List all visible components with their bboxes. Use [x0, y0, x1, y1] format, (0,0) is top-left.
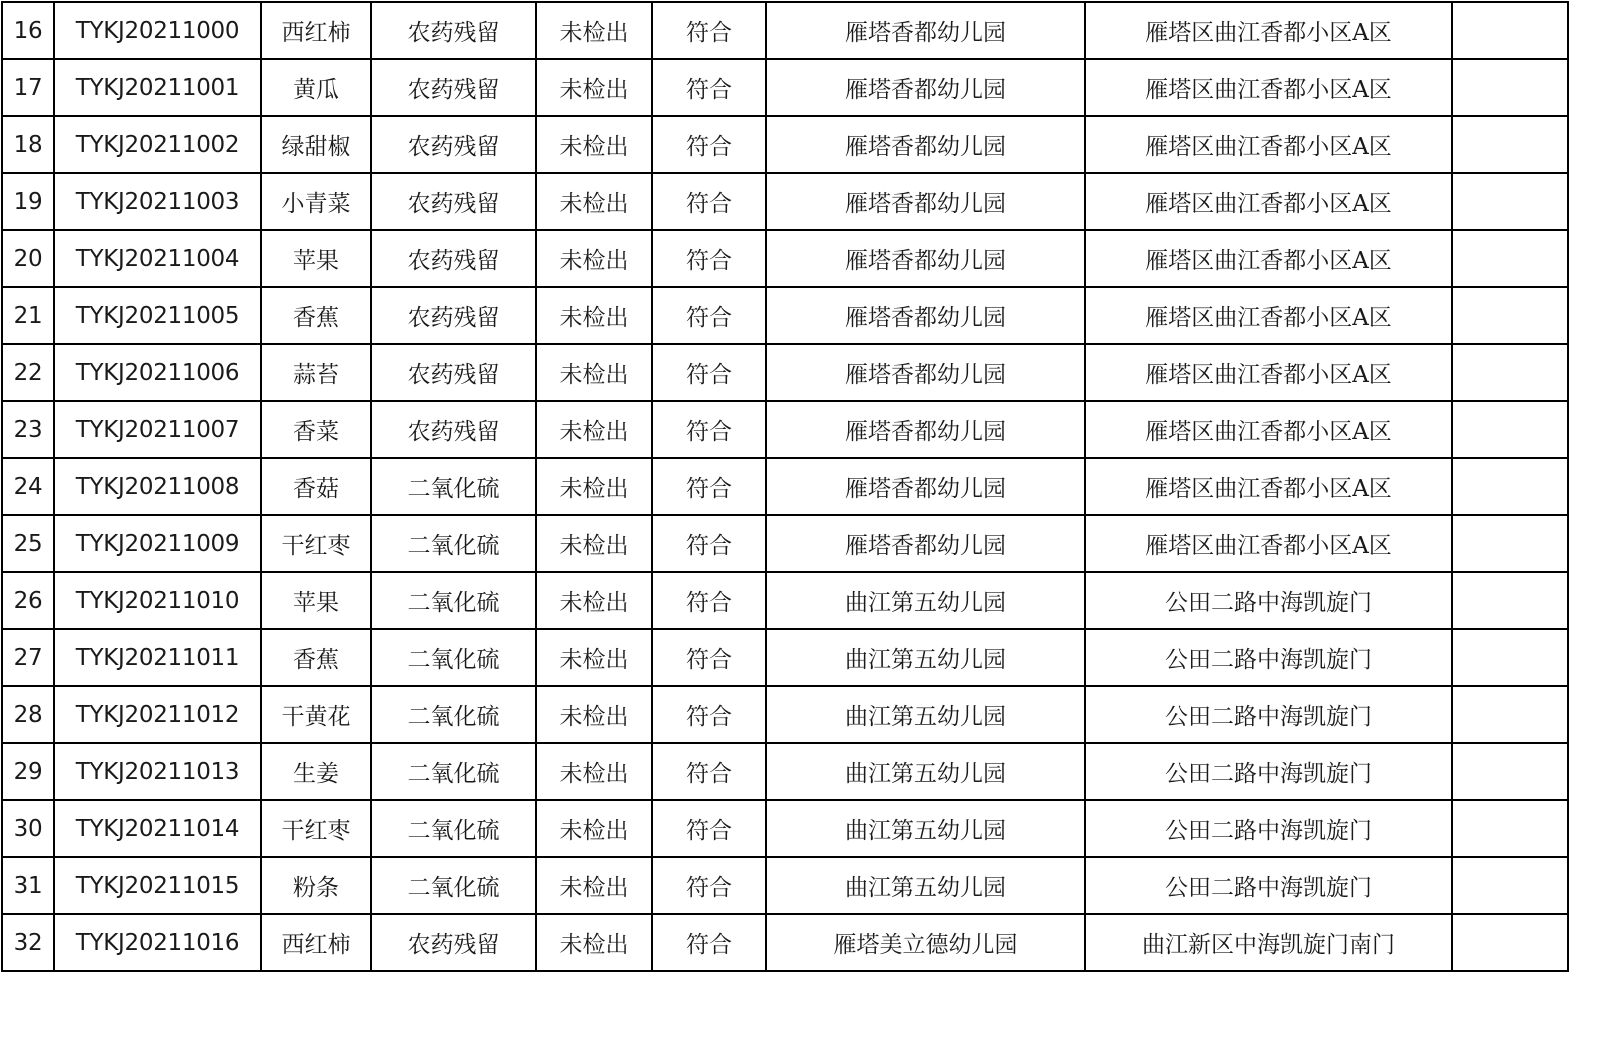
cell-test-result: 未检出	[536, 515, 652, 572]
cell-index: 19	[2, 173, 54, 230]
cell-address: 雁塔区曲江香都小区A区	[1085, 401, 1452, 458]
cell-verdict: 符合	[652, 515, 766, 572]
table-row: 32 TYKJ20211016 西红柿 农药残留 未检出 符合 雁塔美立德幼儿园…	[2, 914, 1568, 971]
cell-verdict: 符合	[652, 458, 766, 515]
cell-sample-code: TYKJ20211000	[54, 2, 261, 59]
cell-note	[1452, 686, 1568, 743]
cell-note	[1452, 344, 1568, 401]
cell-note	[1452, 914, 1568, 971]
cell-inspected-unit: 曲江第五幼儿园	[766, 629, 1085, 686]
cell-verdict: 符合	[652, 116, 766, 173]
cell-index: 23	[2, 401, 54, 458]
table-row: 22 TYKJ20211006 蒜苔 农药残留 未检出 符合 雁塔香都幼儿园 雁…	[2, 344, 1568, 401]
cell-test-result: 未检出	[536, 173, 652, 230]
cell-sample-code: TYKJ20211001	[54, 59, 261, 116]
table-row: 29 TYKJ20211013 生姜 二氧化硫 未检出 符合 曲江第五幼儿园 公…	[2, 743, 1568, 800]
cell-address: 雁塔区曲江香都小区A区	[1085, 59, 1452, 116]
cell-sample-name: 苹果	[261, 230, 371, 287]
cell-verdict: 符合	[652, 173, 766, 230]
cell-sample-code: TYKJ20211011	[54, 629, 261, 686]
cell-verdict: 符合	[652, 800, 766, 857]
table-row: 30 TYKJ20211014 干红枣 二氧化硫 未检出 符合 曲江第五幼儿园 …	[2, 800, 1568, 857]
cell-sample-code: TYKJ20211008	[54, 458, 261, 515]
table-row: 25 TYKJ20211009 干红枣 二氧化硫 未检出 符合 雁塔香都幼儿园 …	[2, 515, 1568, 572]
cell-index: 16	[2, 2, 54, 59]
table-row: 21 TYKJ20211005 香蕉 农药残留 未检出 符合 雁塔香都幼儿园 雁…	[2, 287, 1568, 344]
table-row: 24 TYKJ20211008 香菇 二氧化硫 未检出 符合 雁塔香都幼儿园 雁…	[2, 458, 1568, 515]
table-row: 16 TYKJ20211000 西红柿 农药残留 未检出 符合 雁塔香都幼儿园 …	[2, 2, 1568, 59]
cell-sample-name: 香菜	[261, 401, 371, 458]
cell-sample-name: 蒜苔	[261, 344, 371, 401]
cell-sample-name: 绿甜椒	[261, 116, 371, 173]
cell-test-item: 农药残留	[371, 287, 536, 344]
cell-verdict: 符合	[652, 572, 766, 629]
cell-verdict: 符合	[652, 686, 766, 743]
cell-verdict: 符合	[652, 2, 766, 59]
cell-verdict: 符合	[652, 344, 766, 401]
cell-note	[1452, 401, 1568, 458]
cell-address: 曲江新区中海凯旋门南门	[1085, 914, 1452, 971]
cell-address: 雁塔区曲江香都小区A区	[1085, 287, 1452, 344]
cell-test-item: 二氧化硫	[371, 515, 536, 572]
cell-sample-code: TYKJ20211013	[54, 743, 261, 800]
cell-sample-code: TYKJ20211007	[54, 401, 261, 458]
cell-test-result: 未检出	[536, 59, 652, 116]
table-row: 27 TYKJ20211011 香蕉 二氧化硫 未检出 符合 曲江第五幼儿园 公…	[2, 629, 1568, 686]
cell-test-item: 农药残留	[371, 914, 536, 971]
cell-address: 公田二路中海凯旋门	[1085, 743, 1452, 800]
cell-test-result: 未检出	[536, 914, 652, 971]
cell-verdict: 符合	[652, 743, 766, 800]
cell-sample-code: TYKJ20211004	[54, 230, 261, 287]
cell-sample-code: TYKJ20211010	[54, 572, 261, 629]
cell-test-result: 未检出	[536, 401, 652, 458]
table-row: 20 TYKJ20211004 苹果 农药残留 未检出 符合 雁塔香都幼儿园 雁…	[2, 230, 1568, 287]
cell-test-item: 农药残留	[371, 173, 536, 230]
cell-verdict: 符合	[652, 59, 766, 116]
cell-note	[1452, 116, 1568, 173]
cell-address: 雁塔区曲江香都小区A区	[1085, 458, 1452, 515]
cell-sample-name: 干红枣	[261, 515, 371, 572]
cell-verdict: 符合	[652, 287, 766, 344]
cell-test-result: 未检出	[536, 629, 652, 686]
cell-test-result: 未检出	[536, 116, 652, 173]
cell-sample-code: TYKJ20211009	[54, 515, 261, 572]
cell-inspected-unit: 雁塔香都幼儿园	[766, 230, 1085, 287]
cell-note	[1452, 230, 1568, 287]
cell-index: 28	[2, 686, 54, 743]
cell-address: 雁塔区曲江香都小区A区	[1085, 116, 1452, 173]
cell-index: 17	[2, 59, 54, 116]
cell-index: 18	[2, 116, 54, 173]
cell-sample-code: TYKJ20211002	[54, 116, 261, 173]
cell-inspected-unit: 雁塔香都幼儿园	[766, 344, 1085, 401]
cell-note	[1452, 743, 1568, 800]
cell-test-result: 未检出	[536, 686, 652, 743]
cell-address: 公田二路中海凯旋门	[1085, 857, 1452, 914]
cell-test-result: 未检出	[536, 572, 652, 629]
cell-sample-code: TYKJ20211005	[54, 287, 261, 344]
table-row: 26 TYKJ20211010 苹果 二氧化硫 未检出 符合 曲江第五幼儿园 公…	[2, 572, 1568, 629]
cell-inspected-unit: 雁塔香都幼儿园	[766, 458, 1085, 515]
cell-inspected-unit: 曲江第五幼儿园	[766, 857, 1085, 914]
cell-test-result: 未检出	[536, 230, 652, 287]
cell-test-item: 二氧化硫	[371, 743, 536, 800]
cell-index: 21	[2, 287, 54, 344]
cell-sample-name: 小青菜	[261, 173, 371, 230]
cell-sample-name: 苹果	[261, 572, 371, 629]
cell-index: 22	[2, 344, 54, 401]
cell-note	[1452, 857, 1568, 914]
cell-test-result: 未检出	[536, 458, 652, 515]
cell-address: 雁塔区曲江香都小区A区	[1085, 515, 1452, 572]
cell-test-item: 农药残留	[371, 59, 536, 116]
cell-test-item: 农药残留	[371, 344, 536, 401]
cell-test-result: 未检出	[536, 2, 652, 59]
cell-index: 26	[2, 572, 54, 629]
cell-address: 公田二路中海凯旋门	[1085, 686, 1452, 743]
cell-address: 公田二路中海凯旋门	[1085, 800, 1452, 857]
cell-test-item: 农药残留	[371, 116, 536, 173]
cell-inspected-unit: 雁塔香都幼儿园	[766, 173, 1085, 230]
table-row: 28 TYKJ20211012 干黄花 二氧化硫 未检出 符合 曲江第五幼儿园 …	[2, 686, 1568, 743]
table-body: 16 TYKJ20211000 西红柿 农药残留 未检出 符合 雁塔香都幼儿园 …	[2, 2, 1568, 971]
cell-sample-name: 西红柿	[261, 2, 371, 59]
cell-sample-code: TYKJ20211003	[54, 173, 261, 230]
cell-note	[1452, 287, 1568, 344]
cell-index: 24	[2, 458, 54, 515]
cell-test-item: 二氧化硫	[371, 857, 536, 914]
cell-index: 25	[2, 515, 54, 572]
cell-note	[1452, 458, 1568, 515]
cell-note	[1452, 173, 1568, 230]
table-row: 18 TYKJ20211002 绿甜椒 农药残留 未检出 符合 雁塔香都幼儿园 …	[2, 116, 1568, 173]
cell-test-item: 农药残留	[371, 401, 536, 458]
cell-inspected-unit: 曲江第五幼儿园	[766, 800, 1085, 857]
cell-inspected-unit: 雁塔美立德幼儿园	[766, 914, 1085, 971]
cell-sample-name: 香蕉	[261, 287, 371, 344]
cell-note	[1452, 59, 1568, 116]
cell-inspected-unit: 雁塔香都幼儿园	[766, 287, 1085, 344]
cell-inspected-unit: 曲江第五幼儿园	[766, 572, 1085, 629]
cell-sample-name: 粉条	[261, 857, 371, 914]
cell-test-item: 农药残留	[371, 230, 536, 287]
cell-note	[1452, 2, 1568, 59]
cell-note	[1452, 800, 1568, 857]
cell-address: 雁塔区曲江香都小区A区	[1085, 2, 1452, 59]
cell-address: 公田二路中海凯旋门	[1085, 629, 1452, 686]
cell-index: 27	[2, 629, 54, 686]
cell-sample-name: 干红枣	[261, 800, 371, 857]
cell-verdict: 符合	[652, 401, 766, 458]
cell-address: 雁塔区曲江香都小区A区	[1085, 230, 1452, 287]
cell-verdict: 符合	[652, 857, 766, 914]
cell-test-result: 未检出	[536, 743, 652, 800]
cell-verdict: 符合	[652, 230, 766, 287]
cell-inspected-unit: 雁塔香都幼儿园	[766, 116, 1085, 173]
cell-inspected-unit: 雁塔香都幼儿园	[766, 59, 1085, 116]
cell-note	[1452, 515, 1568, 572]
cell-test-item: 二氧化硫	[371, 572, 536, 629]
table-row: 23 TYKJ20211007 香菜 农药残留 未检出 符合 雁塔香都幼儿园 雁…	[2, 401, 1568, 458]
cell-test-item: 农药残留	[371, 2, 536, 59]
cell-index: 30	[2, 800, 54, 857]
cell-index: 29	[2, 743, 54, 800]
cell-sample-code: TYKJ20211006	[54, 344, 261, 401]
cell-test-result: 未检出	[536, 800, 652, 857]
table-row: 31 TYKJ20211015 粉条 二氧化硫 未检出 符合 曲江第五幼儿园 公…	[2, 857, 1568, 914]
cell-sample-code: TYKJ20211014	[54, 800, 261, 857]
cell-test-item: 二氧化硫	[371, 458, 536, 515]
cell-index: 20	[2, 230, 54, 287]
cell-sample-code: TYKJ20211012	[54, 686, 261, 743]
cell-test-item: 二氧化硫	[371, 800, 536, 857]
cell-inspected-unit: 曲江第五幼儿园	[766, 686, 1085, 743]
cell-test-result: 未检出	[536, 287, 652, 344]
cell-address: 雁塔区曲江香都小区A区	[1085, 344, 1452, 401]
cell-sample-name: 香菇	[261, 458, 371, 515]
cell-note	[1452, 572, 1568, 629]
cell-test-result: 未检出	[536, 344, 652, 401]
cell-note	[1452, 629, 1568, 686]
table-row: 19 TYKJ20211003 小青菜 农药残留 未检出 符合 雁塔香都幼儿园 …	[2, 173, 1568, 230]
cell-sample-code: TYKJ20211015	[54, 857, 261, 914]
cell-test-result: 未检出	[536, 857, 652, 914]
cell-inspected-unit: 曲江第五幼儿园	[766, 743, 1085, 800]
cell-inspected-unit: 雁塔香都幼儿园	[766, 515, 1085, 572]
cell-index: 31	[2, 857, 54, 914]
cell-inspected-unit: 雁塔香都幼儿园	[766, 401, 1085, 458]
cell-address: 公田二路中海凯旋门	[1085, 572, 1452, 629]
cell-verdict: 符合	[652, 914, 766, 971]
cell-index: 32	[2, 914, 54, 971]
cell-test-item: 二氧化硫	[371, 629, 536, 686]
table-row: 17 TYKJ20211001 黄瓜 农药残留 未检出 符合 雁塔香都幼儿园 雁…	[2, 59, 1568, 116]
cell-sample-name: 生姜	[261, 743, 371, 800]
cell-sample-name: 西红柿	[261, 914, 371, 971]
cell-sample-name: 香蕉	[261, 629, 371, 686]
cell-address: 雁塔区曲江香都小区A区	[1085, 173, 1452, 230]
inspection-results-table: 16 TYKJ20211000 西红柿 农药残留 未检出 符合 雁塔香都幼儿园 …	[1, 1, 1569, 972]
cell-inspected-unit: 雁塔香都幼儿园	[766, 2, 1085, 59]
cell-test-item: 二氧化硫	[371, 686, 536, 743]
cell-sample-name: 干黄花	[261, 686, 371, 743]
cell-verdict: 符合	[652, 629, 766, 686]
cell-sample-code: TYKJ20211016	[54, 914, 261, 971]
cell-sample-name: 黄瓜	[261, 59, 371, 116]
